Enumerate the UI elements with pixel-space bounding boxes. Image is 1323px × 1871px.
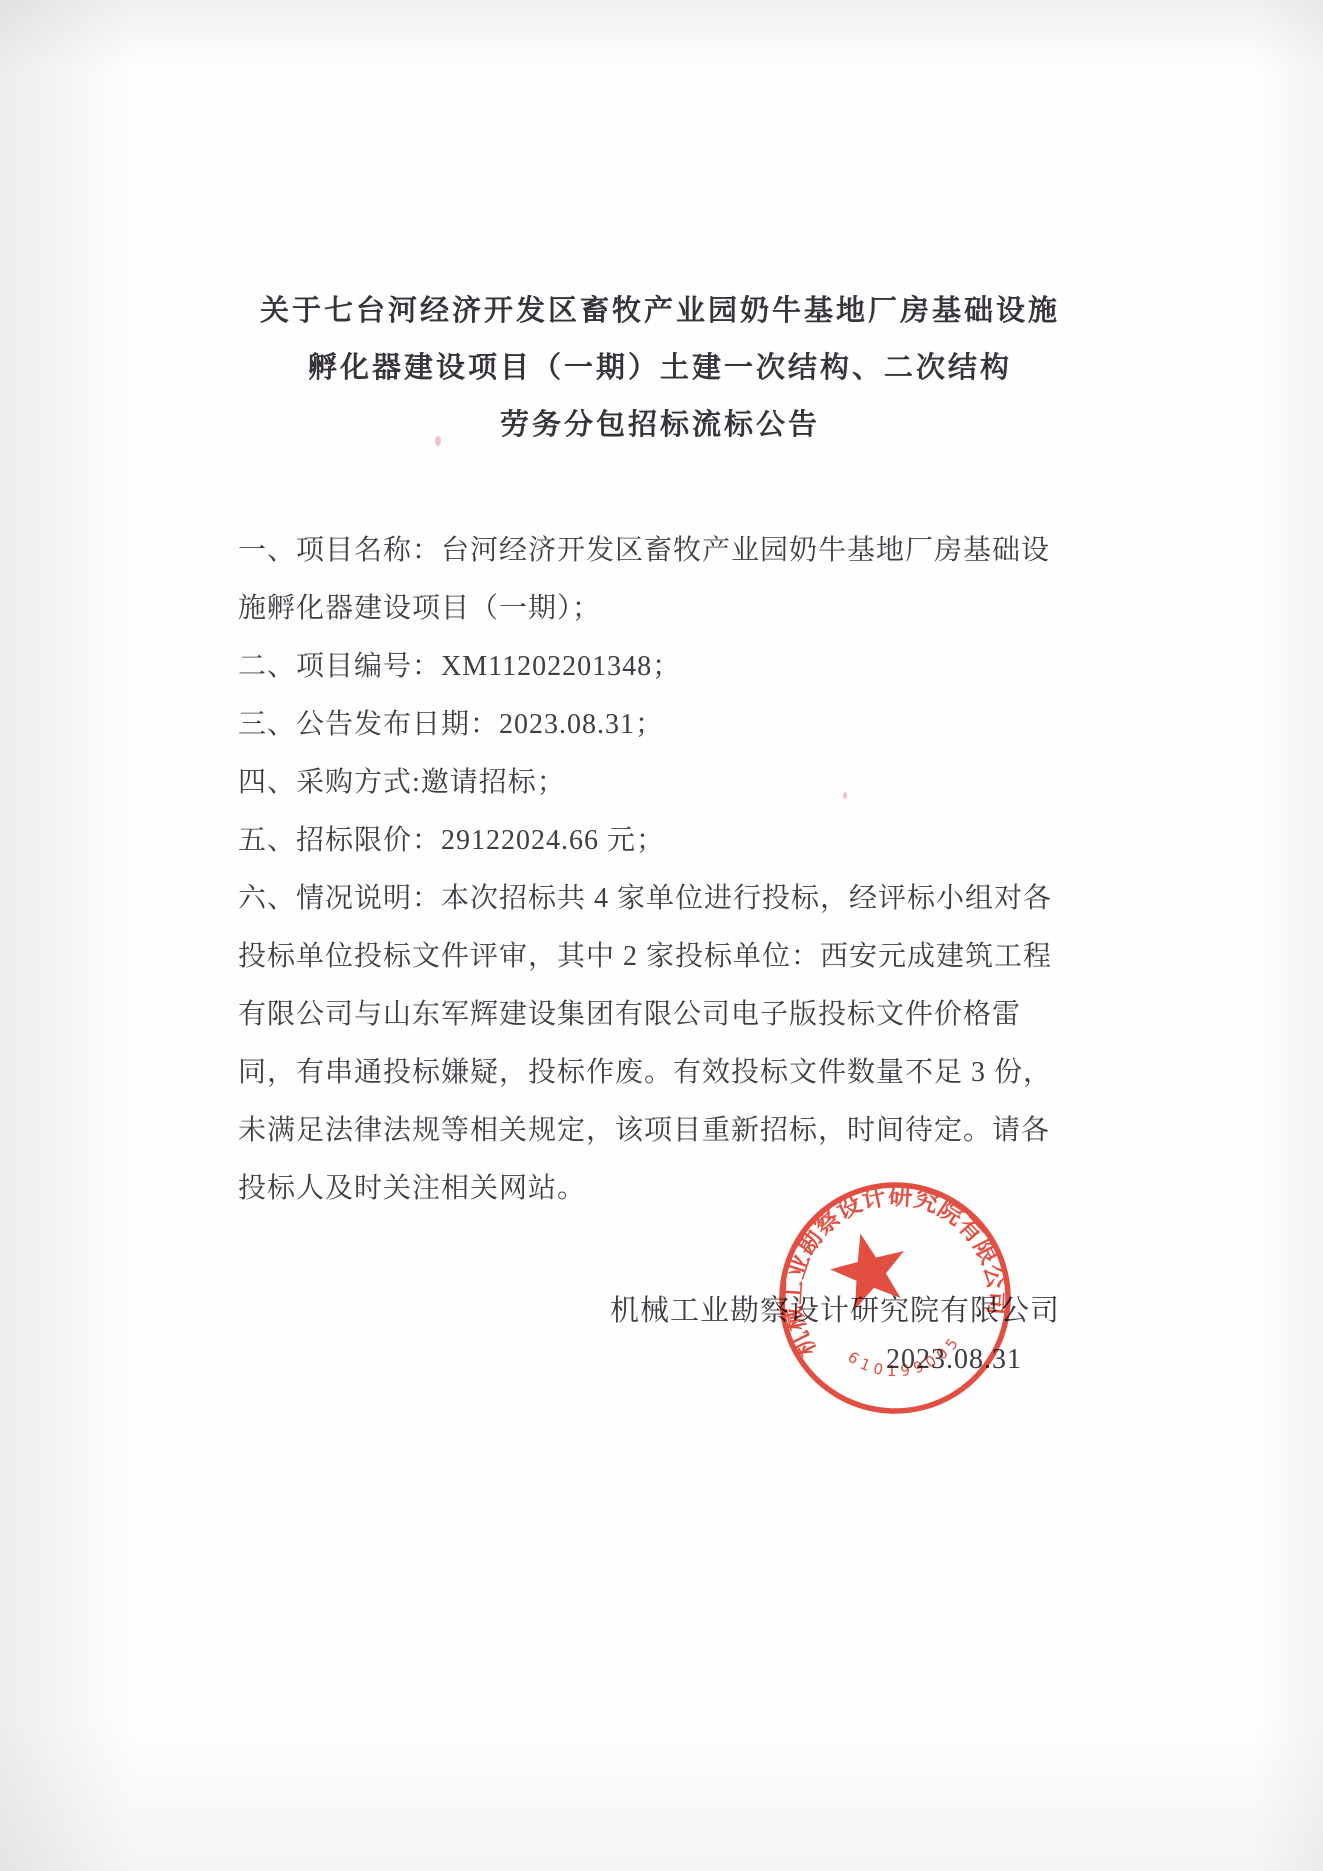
scan-edge-shadow-top xyxy=(0,0,1323,70)
body-line-project-name-2: 施孵化器建设项目（一期）； xyxy=(238,580,1068,638)
scan-edge-shadow-left xyxy=(0,0,135,1871)
body-line-situation-5: 未满足法律法规等相关规定，该项目重新招标，时间待定。请各 xyxy=(238,1102,1068,1160)
body-line-project-name-1: 一、项目名称：台河经济开发区畜牧产业园奶牛基地厂房基础设 xyxy=(238,522,1068,580)
body-line-publish-date: 三、公告发布日期：2023.08.31； xyxy=(238,696,1068,754)
scan-artifact xyxy=(435,436,441,446)
title-line-2: 孵化器建设项目（一期）土建一次结构、二次结构 xyxy=(160,340,1160,397)
body-line-situation-4: 同，有串通投标嫌疑，投标作废。有效投标文件数量不足 3 份， xyxy=(238,1044,1068,1102)
body-line-procurement-method: 四、采购方式:邀请招标； xyxy=(238,754,1068,812)
scan-edge-shadow-bottom xyxy=(0,1721,1323,1871)
scan-artifact xyxy=(843,792,847,799)
body-line-project-number: 二、项目编号：XM11202201348； xyxy=(238,638,1068,696)
announcement-title: 关于七台河经济开发区畜牧产业园奶牛基地厂房基础设施 孵化器建设项目（一期）土建一… xyxy=(160,283,1160,454)
scanned-document-page: 关于七台河经济开发区畜牧产业园奶牛基地厂房基础设施 孵化器建设项目（一期）土建一… xyxy=(0,0,1323,1871)
title-line-1: 关于七台河经济开发区畜牧产业园奶牛基地厂房基础设施 xyxy=(160,283,1160,340)
body-line-situation-1: 六、情况说明：本次招标共 4 家单位进行投标，经评标小组对各 xyxy=(238,870,1068,928)
seal-serial-number: 610199005 xyxy=(841,1322,970,1394)
body-line-price-limit: 五、招标限价：29122024.66 元； xyxy=(238,812,1068,870)
announcement-body: 一、项目名称：台河经济开发区畜牧产业园奶牛基地厂房基础设 施孵化器建设项目（一期… xyxy=(238,522,1068,1218)
title-line-3: 劳务分包招标流标公告 xyxy=(160,397,1160,454)
seal-star-icon xyxy=(823,1224,914,1313)
body-line-situation-2: 投标单位投标文件评审，其中 2 家投标单位：西安元成建筑工程 xyxy=(238,928,1068,986)
body-line-situation-3: 有限公司与山东军辉建设集团有限公司电子版投标文件价格雷 xyxy=(238,986,1068,1044)
scan-edge-shadow-right xyxy=(1253,0,1323,1871)
